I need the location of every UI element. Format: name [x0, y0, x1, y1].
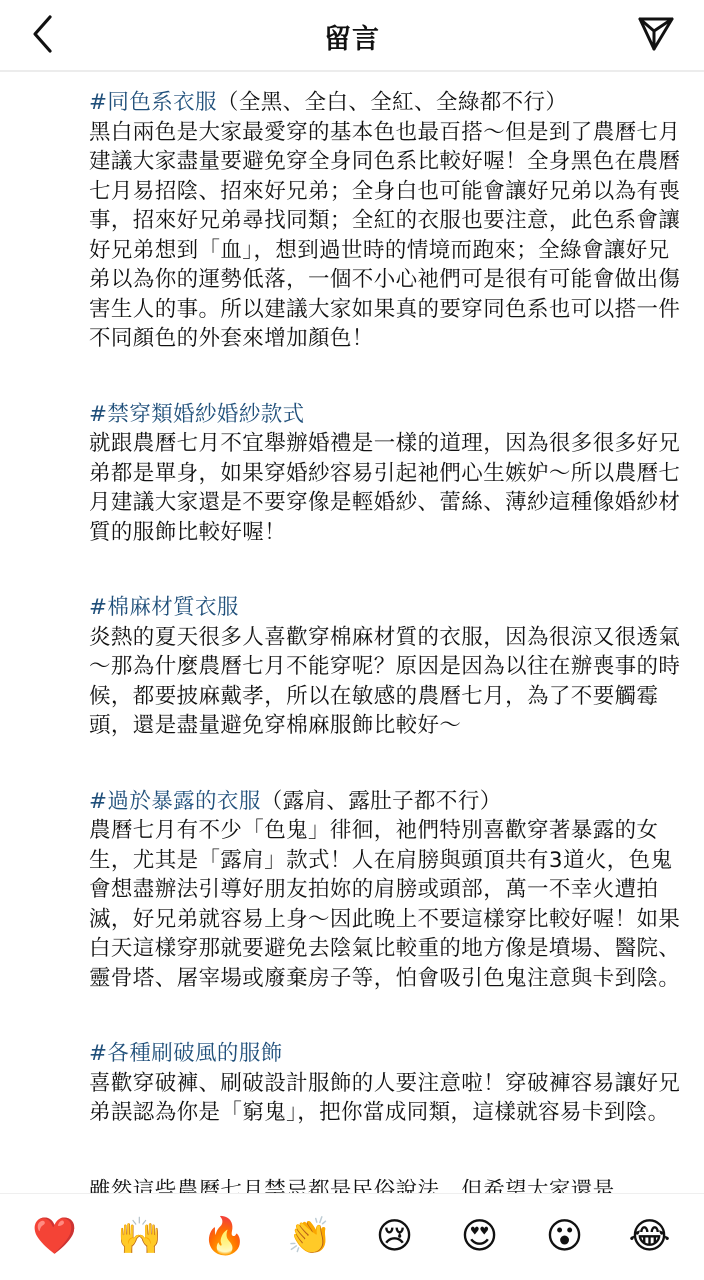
- hashtag-link[interactable]: #棉麻材質衣服: [89, 595, 239, 620]
- section-title: #各種刷破風的服飾: [89, 1039, 689, 1069]
- surprised-face-icon[interactable]: 😮: [535, 1207, 595, 1267]
- section-linen: #棉麻材質衣服 炎熱的夏天很多人喜歡穿棉麻材質的衣服，因為很涼又很透氣～那為什麼…: [89, 593, 689, 741]
- hashtag-link[interactable]: #過於暴露的衣服: [89, 789, 261, 814]
- section-title: #過於暴露的衣服（露肩、露肚子都不行）: [89, 787, 689, 817]
- section-body: 農曆七月有不少「色鬼」徘徊，祂們特別喜歡穿著暴露的女生，尤其是「露肩」款式！人在…: [89, 816, 689, 993]
- clapping-hands-icon[interactable]: 👏: [280, 1207, 340, 1267]
- section-body: 喜歡穿破褲、刷破設計服飾的人要注意啦！穿破褲容易讓好兄弟誤認為你是「窮鬼」，把你…: [89, 1069, 689, 1128]
- top-bar: 留言: [0, 0, 704, 72]
- section-note: （露肩、露肚子都不行）: [261, 789, 502, 814]
- page-title: 留言: [0, 17, 704, 56]
- fire-icon[interactable]: 🔥: [195, 1207, 255, 1267]
- tears-of-joy-icon[interactable]: 😂: [620, 1207, 680, 1267]
- share-button[interactable]: [634, 12, 678, 56]
- reaction-bar: ❤️ 🙌 🔥 👏 😢 😍 😮 😂: [0, 1193, 704, 1280]
- hashtag-link[interactable]: #禁穿類婚紗婚紗款式: [89, 402, 305, 427]
- section-title: #棉麻材質衣服: [89, 593, 689, 623]
- comment-content: #同色系衣服（全黑、全白、全紅、全綠都不行） 黑白兩色是大家最愛穿的基本色也最百…: [89, 88, 689, 1174]
- section-title: #禁穿類婚紗婚紗款式: [89, 400, 689, 430]
- crying-face-icon[interactable]: 😢: [365, 1207, 425, 1267]
- section-body: 黑白兩色是大家最愛穿的基本色也最百搭～但是到了農曆七月建議大家盡量要避免穿全身同…: [89, 118, 689, 354]
- hashtag-link[interactable]: #同色系衣服: [89, 90, 217, 115]
- section-revealing: #過於暴露的衣服（露肩、露肚子都不行） 農曆七月有不少「色鬼」徘徊，祂們特別喜歡…: [89, 787, 689, 994]
- hashtag-link[interactable]: #各種刷破風的服飾: [89, 1041, 283, 1066]
- section-distressed: #各種刷破風的服飾 喜歡穿破褲、刷破設計服飾的人要注意啦！穿破褲容易讓好兄弟誤認…: [89, 1039, 689, 1128]
- paper-plane-icon: [637, 16, 675, 52]
- section-title: #同色系衣服（全黑、全白、全紅、全綠都不行）: [89, 88, 689, 118]
- section-monochrome: #同色系衣服（全黑、全白、全紅、全綠都不行） 黑白兩色是大家最愛穿的基本色也最百…: [89, 88, 689, 354]
- section-wedding-dress: #禁穿類婚紗婚紗款式 就跟農曆七月不宜舉辦婚禮是一樣的道理，因為很多很多好兄弟都…: [89, 400, 689, 548]
- section-body: 炎熱的夏天很多人喜歡穿棉麻材質的衣服，因為很涼又很透氣～那為什麼農曆七月不能穿呢…: [89, 623, 689, 741]
- heart-icon[interactable]: ❤️: [25, 1207, 85, 1267]
- section-note: （全黑、全白、全紅、全綠都不行）: [217, 90, 567, 115]
- section-body: 就跟農曆七月不宜舉辦婚禮是一樣的道理，因為很多很多好兄弟都是單身，如果穿婚紗容易…: [89, 429, 689, 547]
- heart-eyes-icon[interactable]: 😍: [450, 1207, 510, 1267]
- raising-hands-icon[interactable]: 🙌: [110, 1207, 170, 1267]
